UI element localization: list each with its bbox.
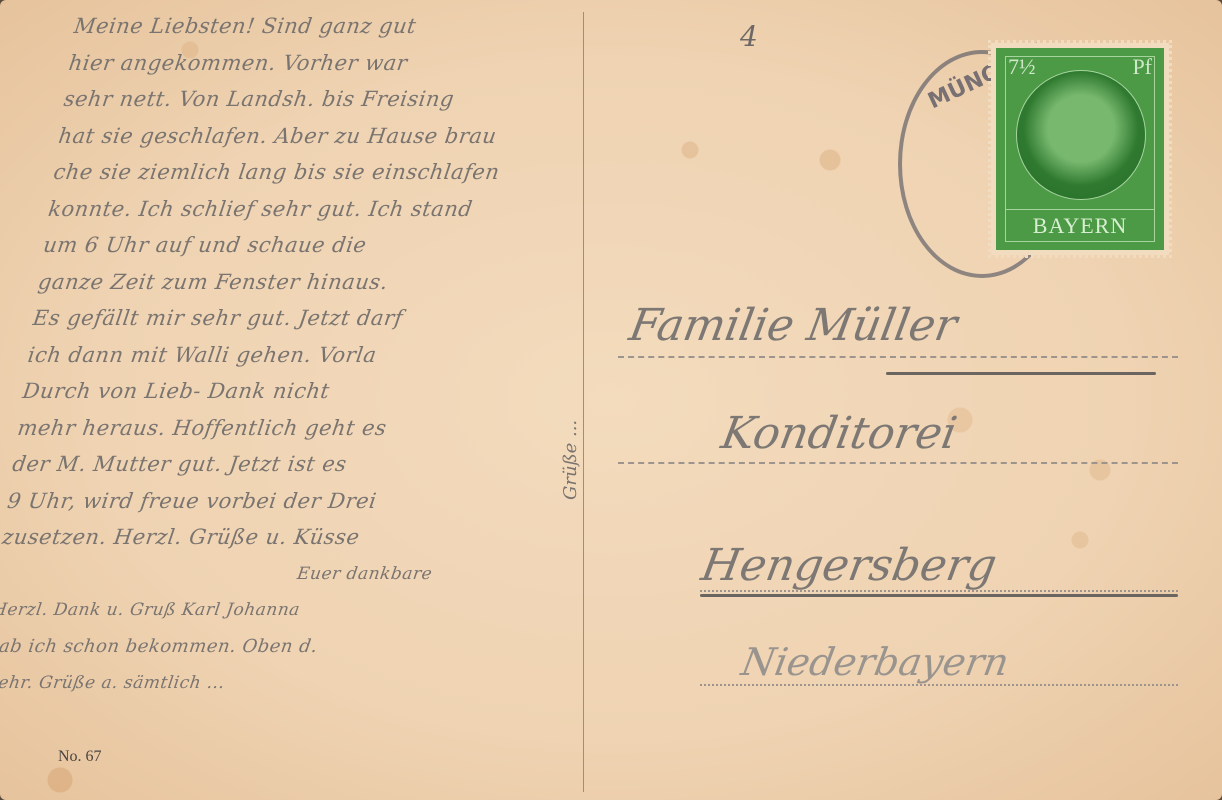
message-line: konnte. Ich schlief sehr gut. Ich stand [46,191,611,228]
message-line: mehr. Grüße a. sämtlich ... [0,665,544,702]
message-line: hat sie geschlafen. Aber zu Hause brau [56,118,621,155]
postage-stamp: 7½ Pf BAYERN [996,48,1164,250]
message-line: mehr heraus. Hoffentlich geht es [15,410,580,447]
message-line: ganze Zeit zum Fenster hinaus. [36,264,601,301]
message-line: Durch von Lieb- Dank nicht [20,373,585,410]
address-rule-2 [618,462,1178,464]
message-line: 9 Uhr, wird freue vorbei der Drei [5,483,570,520]
message-line: che sie ziemlich lang bis sie einschlafe… [51,154,616,191]
message-line: Meine Liebsten! Sind ganz gut [72,8,637,45]
message-line: der M. Mutter gut. Jetzt ist es [10,446,575,483]
address-line-3: Hengersberg [698,540,1001,591]
address-line-2: Konditorei [718,408,961,459]
message-line: Herzl. Dank u. Gruß Karl Johanna [0,592,555,629]
corner-pencil-mark: 4 [740,20,758,53]
address-rule-3 [700,590,1178,592]
address-rule-1 [618,356,1178,358]
stamp-portrait-icon [1016,70,1146,200]
message-line: Es gefällt mir sehr gut. Jetzt darf [31,300,596,337]
stamp-currency: Pf [1132,54,1152,80]
address-line-1: Familie Müller [626,300,961,351]
message-line: um 6 Uhr auf und schaue die [41,227,606,264]
message-line: hab ich schon bekommen. Oben d. [0,629,550,666]
address-underline-1 [886,372,1156,375]
message-line: hier angekommen. Vorher war [66,45,631,82]
address-rule-4 [700,684,1178,686]
vertical-side-note: Grüße ... [560,420,581,500]
postcard-back: Meine Liebsten! Sind ganz gut hier angek… [0,0,1222,800]
message-line: Euer dankbare [0,556,560,593]
message-line: zusetzen. Herzl. Grüße u. Küsse [0,519,565,556]
address-line-4: Niederbayern [738,640,1012,684]
printed-card-number: No. 67 [58,748,102,766]
handwritten-message: Meine Liebsten! Sind ganz gut hier angek… [0,8,637,702]
stamp-country: BAYERN [1006,209,1154,242]
message-line: ich dann mit Walli gehen. Vorla [25,337,590,374]
message-line: sehr nett. Von Landsh. bis Freising [61,81,626,118]
address-underline-3 [700,594,1178,597]
stamp-value: 7½ [1008,54,1036,80]
